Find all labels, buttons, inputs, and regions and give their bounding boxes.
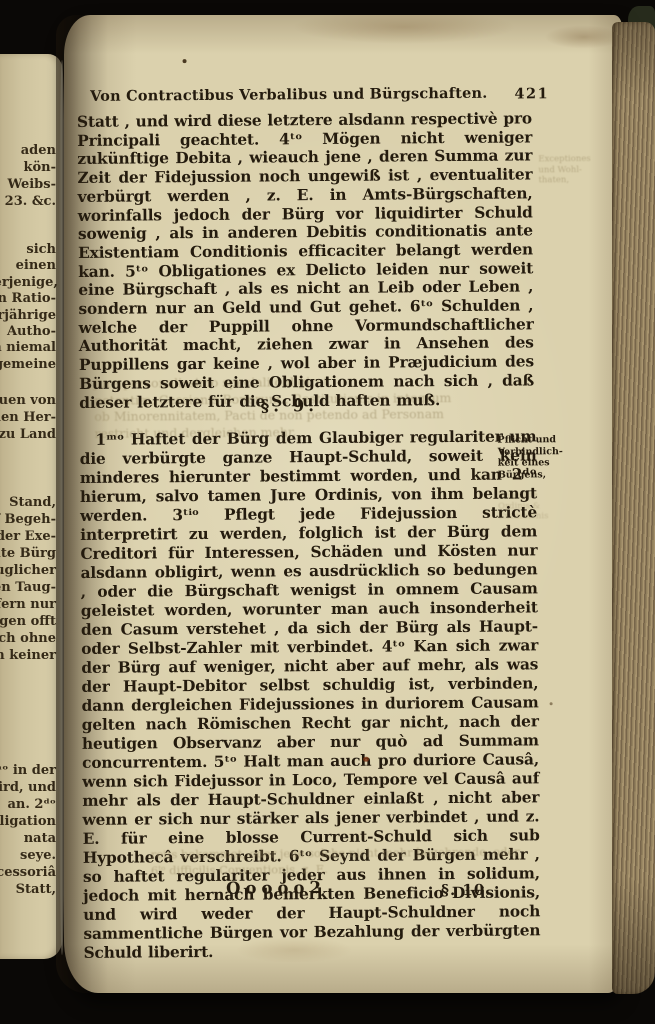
section-heading: §. 9. — [79, 395, 499, 417]
body-paragraph-8: Statt , und wird diese letztere alsdann … — [77, 109, 534, 412]
page-content: Von Contractibus Verbalibus und Bürgscha… — [0, 0, 655, 1024]
signature-mark: Ooooo2 — [211, 878, 341, 898]
margin-note: Pflicht und Verbindlich- keit eines Bürg… — [497, 434, 559, 481]
bleed-through-text: reits bekommet, oder jene solche nicht m… — [151, 844, 543, 878]
ink-speck — [183, 59, 187, 63]
page-number: 421 — [502, 85, 562, 102]
catchword: §. 10. — [441, 881, 511, 900]
ink-speck — [550, 702, 553, 705]
ink-speck — [363, 757, 369, 762]
running-header: Von Contractibus Verbalibus und Bürgscha… — [89, 85, 489, 105]
bleed-through-margin-note: Exceptiones und Wohl- thaten, — [538, 154, 596, 186]
book-scan: aden kön- Weibs- 23. &c. sich einen verj… — [0, 0, 655, 1024]
